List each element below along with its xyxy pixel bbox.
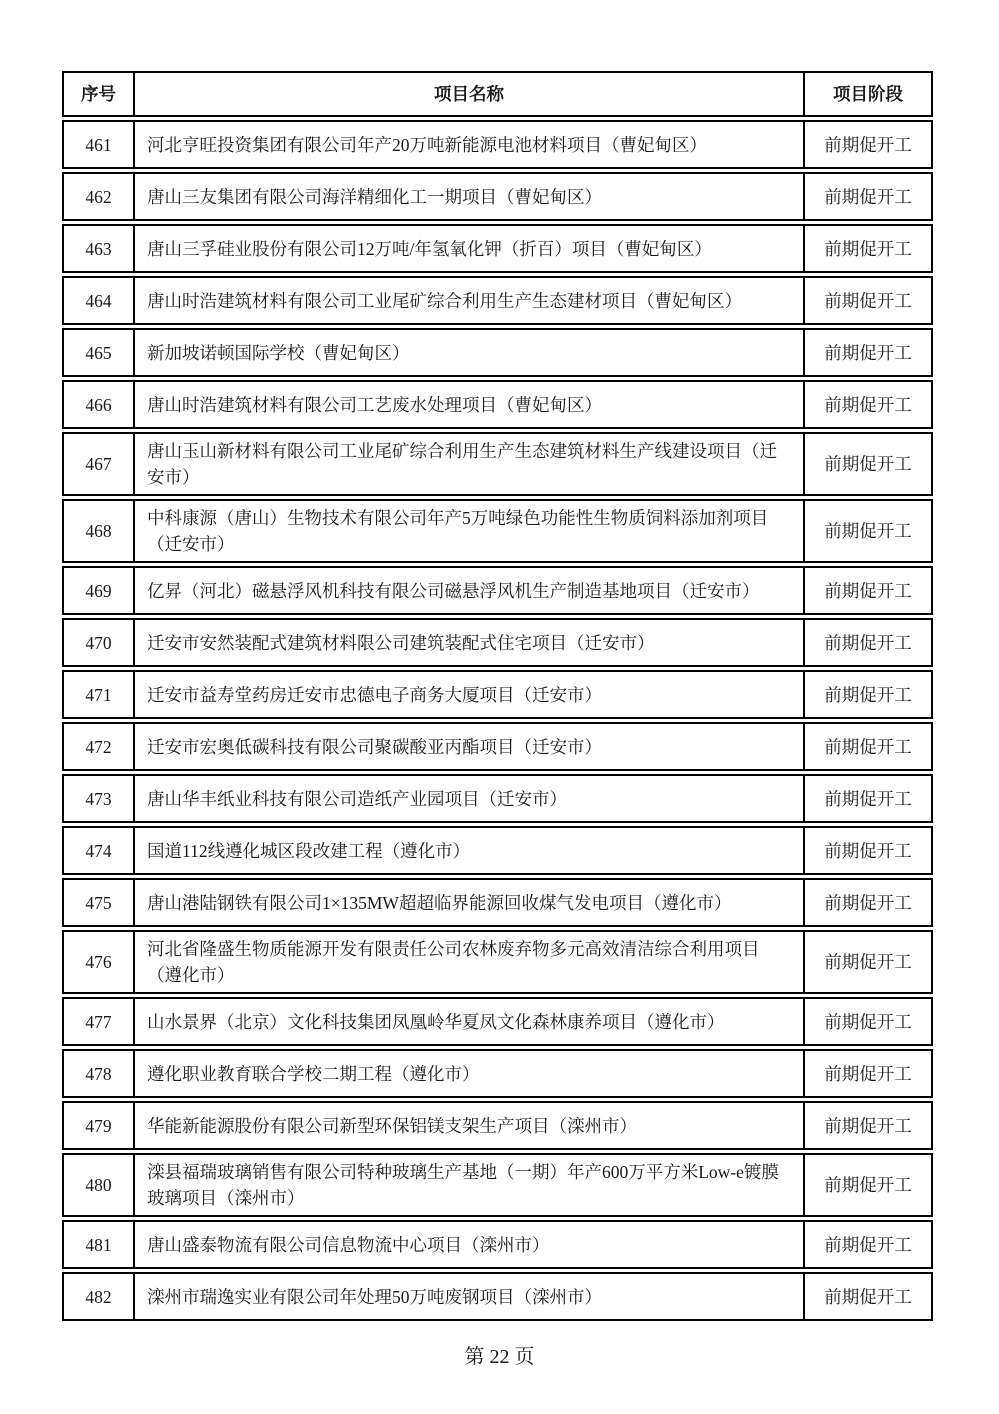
project-stage: 前期促开工 xyxy=(805,276,933,325)
row-index: 480 xyxy=(62,1153,135,1217)
project-name: 华能新能源股份有限公司新型环保铝镁支架生产项目（滦州市） xyxy=(135,1101,805,1150)
table-row: 475 唐山港陆钢铁有限公司1×135MW超超临界能源回收煤气发电项目（遵化市）… xyxy=(62,878,933,927)
row-index: 474 xyxy=(62,826,135,875)
table-row: 482 滦州市瑞逸实业有限公司年处理50万吨废钢项目（滦州市） 前期促开工 xyxy=(62,1272,933,1321)
project-name: 国道112线遵化城区段改建工程（遵化市） xyxy=(135,826,805,875)
project-name: 河北省隆盛生物质能源开发有限责任公司农林废弃物多元高效清洁综合利用项目（遵化市） xyxy=(135,930,805,994)
project-stage: 前期促开工 xyxy=(805,1101,933,1150)
row-index: 478 xyxy=(62,1049,135,1098)
row-index: 466 xyxy=(62,380,135,429)
project-stage: 前期促开工 xyxy=(805,328,933,377)
row-index: 482 xyxy=(62,1272,135,1321)
project-name: 迁安市宏奥低碳科技有限公司聚碳酸亚丙酯项目（迁安市） xyxy=(135,722,805,771)
project-stage: 前期促开工 xyxy=(805,1220,933,1269)
project-stage: 前期促开工 xyxy=(805,826,933,875)
project-name: 唐山时浩建筑材料有限公司工艺废水处理项目（曹妃甸区） xyxy=(135,380,805,429)
row-index: 477 xyxy=(62,997,135,1046)
header-stage: 项目阶段 xyxy=(805,71,933,117)
row-index: 470 xyxy=(62,618,135,667)
projects-table: 序号 项目名称 项目阶段 461 河北亨旺投资集团有限公司年产20万吨新能源电池… xyxy=(62,68,933,1324)
table-row: 478 遵化职业教育联合学校二期工程（遵化市） 前期促开工 xyxy=(62,1049,933,1098)
row-index: 465 xyxy=(62,328,135,377)
project-stage: 前期促开工 xyxy=(805,224,933,273)
table-row: 467 唐山玉山新材料有限公司工业尾矿综合利用生产生态建筑材料生产线建设项目（迁… xyxy=(62,432,933,496)
project-stage: 前期促开工 xyxy=(805,930,933,994)
row-index: 462 xyxy=(62,172,135,221)
row-index: 463 xyxy=(62,224,135,273)
project-stage: 前期促开工 xyxy=(805,1153,933,1217)
project-stage: 前期促开工 xyxy=(805,1049,933,1098)
project-stage: 前期促开工 xyxy=(805,432,933,496)
project-name: 山水景界（北京）文化科技集团凤凰岭华夏凤文化森林康养项目（遵化市） xyxy=(135,997,805,1046)
row-index: 469 xyxy=(62,566,135,615)
project-name: 滦州市瑞逸实业有限公司年处理50万吨废钢项目（滦州市） xyxy=(135,1272,805,1321)
row-index: 476 xyxy=(62,930,135,994)
project-name: 遵化职业教育联合学校二期工程（遵化市） xyxy=(135,1049,805,1098)
project-stage: 前期促开工 xyxy=(805,878,933,927)
table-row: 476 河北省隆盛生物质能源开发有限责任公司农林废弃物多元高效清洁综合利用项目（… xyxy=(62,930,933,994)
table-row: 479 华能新能源股份有限公司新型环保铝镁支架生产项目（滦州市） 前期促开工 xyxy=(62,1101,933,1150)
project-stage: 前期促开工 xyxy=(805,120,933,169)
project-stage: 前期促开工 xyxy=(805,774,933,823)
project-name: 河北亨旺投资集团有限公司年产20万吨新能源电池材料项目（曹妃甸区） xyxy=(135,120,805,169)
table-row: 481 唐山盛泰物流有限公司信息物流中心项目（滦州市） 前期促开工 xyxy=(62,1220,933,1269)
document-page: 序号 项目名称 项目阶段 461 河北亨旺投资集团有限公司年产20万吨新能源电池… xyxy=(0,0,999,1414)
project-stage: 前期促开工 xyxy=(805,722,933,771)
table-row: 474 国道112线遵化城区段改建工程（遵化市） 前期促开工 xyxy=(62,826,933,875)
project-name: 唐山港陆钢铁有限公司1×135MW超超临界能源回收煤气发电项目（遵化市） xyxy=(135,878,805,927)
project-name: 唐山华丰纸业科技有限公司造纸产业园项目（迁安市） xyxy=(135,774,805,823)
table-row: 471 迁安市益寿堂药房迁安市忠德电子商务大厦项目（迁安市） 前期促开工 xyxy=(62,670,933,719)
project-name: 唐山玉山新材料有限公司工业尾矿综合利用生产生态建筑材料生产线建设项目（迁安市） xyxy=(135,432,805,496)
row-index: 461 xyxy=(62,120,135,169)
project-stage: 前期促开工 xyxy=(805,1272,933,1321)
row-index: 472 xyxy=(62,722,135,771)
project-name: 唐山盛泰物流有限公司信息物流中心项目（滦州市） xyxy=(135,1220,805,1269)
table-row: 472 迁安市宏奥低碳科技有限公司聚碳酸亚丙酯项目（迁安市） 前期促开工 xyxy=(62,722,933,771)
row-index: 481 xyxy=(62,1220,135,1269)
table-row: 473 唐山华丰纸业科技有限公司造纸产业园项目（迁安市） 前期促开工 xyxy=(62,774,933,823)
row-index: 473 xyxy=(62,774,135,823)
project-name: 迁安市安然装配式建筑材料限公司建筑装配式住宅项目（迁安市） xyxy=(135,618,805,667)
row-index: 468 xyxy=(62,499,135,563)
project-name: 唐山时浩建筑材料有限公司工业尾矿综合利用生产生态建材项目（曹妃甸区） xyxy=(135,276,805,325)
row-index: 475 xyxy=(62,878,135,927)
project-stage: 前期促开工 xyxy=(805,380,933,429)
table-row: 463 唐山三孚硅业股份有限公司12万吨/年氢氧化钾（折百）项目（曹妃甸区） 前… xyxy=(62,224,933,273)
project-name: 中科康源（唐山）生物技术有限公司年产5万吨绿色功能性生物质饲料添加剂项目（迁安市… xyxy=(135,499,805,563)
row-index: 464 xyxy=(62,276,135,325)
project-stage: 前期促开工 xyxy=(805,997,933,1046)
project-name: 新加坡诺顿国际学校（曹妃甸区） xyxy=(135,328,805,377)
table-row: 477 山水景界（北京）文化科技集团凤凰岭华夏凤文化森林康养项目（遵化市） 前期… xyxy=(62,997,933,1046)
table-row: 464 唐山时浩建筑材料有限公司工业尾矿综合利用生产生态建材项目（曹妃甸区） 前… xyxy=(62,276,933,325)
project-stage: 前期促开工 xyxy=(805,670,933,719)
table-row: 466 唐山时浩建筑材料有限公司工艺废水处理项目（曹妃甸区） 前期促开工 xyxy=(62,380,933,429)
project-name: 滦县福瑞玻璃销售有限公司特种玻璃生产基地（一期）年产600万平方米Low-e镀膜… xyxy=(135,1153,805,1217)
table-row: 462 唐山三友集团有限公司海洋精细化工一期项目（曹妃甸区） 前期促开工 xyxy=(62,172,933,221)
table-row: 461 河北亨旺投资集团有限公司年产20万吨新能源电池材料项目（曹妃甸区） 前期… xyxy=(62,120,933,169)
table-row: 480 滦县福瑞玻璃销售有限公司特种玻璃生产基地（一期）年产600万平方米Low… xyxy=(62,1153,933,1217)
project-name: 唐山三孚硅业股份有限公司12万吨/年氢氧化钾（折百）项目（曹妃甸区） xyxy=(135,224,805,273)
row-index: 471 xyxy=(62,670,135,719)
project-stage: 前期促开工 xyxy=(805,566,933,615)
header-row: 序号 项目名称 项目阶段 xyxy=(62,71,933,117)
project-name: 亿昇（河北）磁悬浮风机科技有限公司磁悬浮风机生产制造基地项目（迁安市） xyxy=(135,566,805,615)
project-stage: 前期促开工 xyxy=(805,172,933,221)
project-stage: 前期促开工 xyxy=(805,618,933,667)
table-row: 465 新加坡诺顿国际学校（曹妃甸区） 前期促开工 xyxy=(62,328,933,377)
project-stage: 前期促开工 xyxy=(805,499,933,563)
row-index: 479 xyxy=(62,1101,135,1150)
table-row: 469 亿昇（河北）磁悬浮风机科技有限公司磁悬浮风机生产制造基地项目（迁安市） … xyxy=(62,566,933,615)
table-row: 470 迁安市安然装配式建筑材料限公司建筑装配式住宅项目（迁安市） 前期促开工 xyxy=(62,618,933,667)
project-name: 唐山三友集团有限公司海洋精细化工一期项目（曹妃甸区） xyxy=(135,172,805,221)
header-name: 项目名称 xyxy=(135,71,805,117)
page-number: 第 22 页 xyxy=(0,1340,999,1369)
project-name: 迁安市益寿堂药房迁安市忠德电子商务大厦项目（迁安市） xyxy=(135,670,805,719)
table-row: 468 中科康源（唐山）生物技术有限公司年产5万吨绿色功能性生物质饲料添加剂项目… xyxy=(62,499,933,563)
header-index: 序号 xyxy=(62,71,135,117)
row-index: 467 xyxy=(62,432,135,496)
